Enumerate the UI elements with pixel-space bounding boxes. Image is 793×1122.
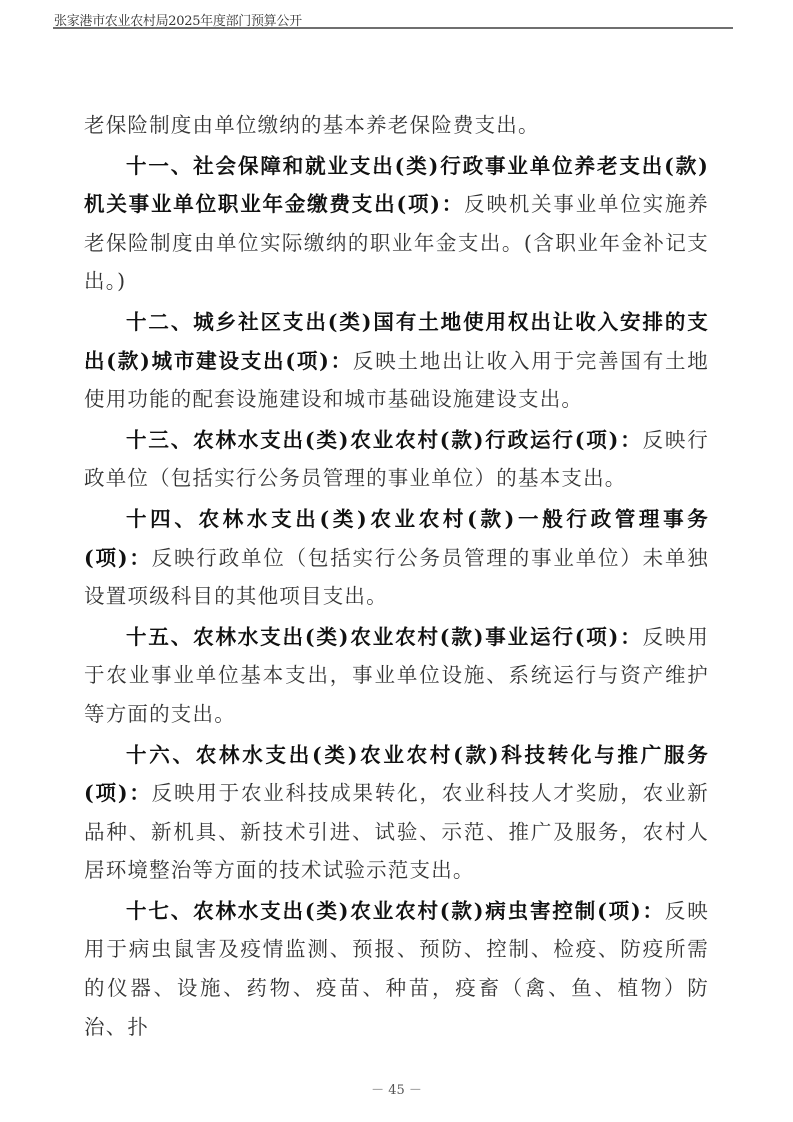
paragraph-continuation: 老保险制度由单位缴纳的基本养老保险费支出。: [84, 106, 709, 145]
paragraph-text: 老保险制度由单位缴纳的基本养老保险费支出。: [84, 113, 540, 137]
paragraph-item-17: 十七、农林水支出(类)农业农村(款)病虫害控制(项)：反映用于病虫鼠害及疫情监测…: [84, 892, 709, 1046]
paragraph-item-12: 十二、城乡社区支出(类)国有土地使用权出让收入安排的支出(款)城市建设支出(项)…: [84, 303, 709, 419]
paragraph-item-14: 十四、农林水支出(类)农业农村(款)一般行政管理事务(项)：反映行政单位（包括实…: [84, 500, 709, 616]
document-body: 老保险制度由单位缴纳的基本养老保险费支出。 十一、社会保障和就业支出(类)行政事…: [84, 106, 709, 1048]
paragraph-item-11: 十一、社会保障和就业支出(类)行政事业单位养老支出(款)机关事业单位职业年金缴费…: [84, 147, 709, 301]
paragraph-text: 反映用于农业科技成果转化，农业科技人才奖励，农业新品种、新机具、新技术引进、试验…: [84, 781, 709, 882]
header-divider: [53, 27, 733, 29]
paragraph-item-13: 十三、农林水支出(类)农业农村(款)行政运行(项)：反映行政单位（包括实行公务员…: [84, 421, 709, 498]
paragraph-item-15: 十五、农林水支出(类)农业农村(款)事业运行(项)：反映用于农业事业单位基本支出…: [84, 618, 709, 734]
running-header: 张家港市农业农村局2025年度部门预算公开: [54, 10, 732, 28]
paragraph-item-16: 十六、农林水支出(类)农业农村(款)科技转化与推广服务(项)：反映用于农业科技成…: [84, 736, 709, 890]
paragraph-heading: 十五、农林水支出(类)农业农村(款)事业运行(项)：: [126, 625, 643, 649]
page-number: － 45 －: [0, 1079, 793, 1098]
paragraph-text: 反映行政单位（包括实行公务员管理的事业单位）未单独设置项级科目的其他项目支出。: [84, 546, 709, 609]
paragraph-heading: 十七、农林水支出(类)农业农村(款)病虫害控制(项)：: [126, 899, 665, 923]
paragraph-heading: 十三、农林水支出(类)农业农村(款)行政运行(项)：: [126, 428, 643, 452]
